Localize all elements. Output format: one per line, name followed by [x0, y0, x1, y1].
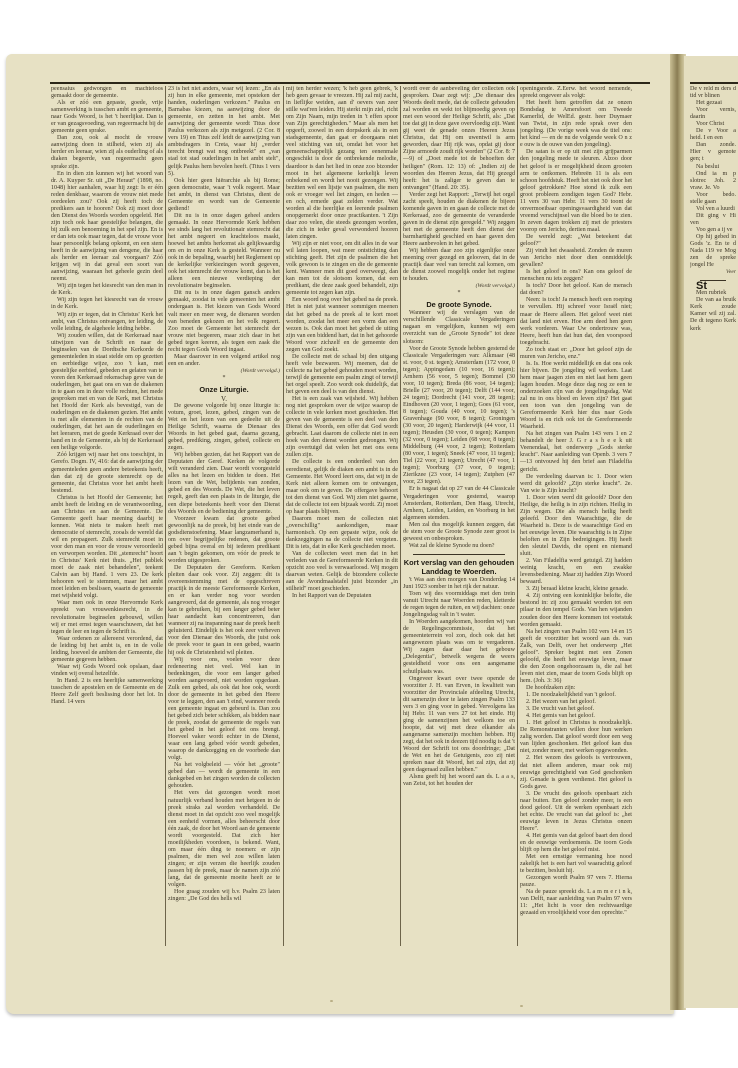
paragraph: De gewone volgorde bij onze liturgie is:… [168, 403, 280, 452]
paragraph: Met een ernstige vermaning hoe nood zake… [520, 854, 632, 875]
paragraph: De collecte met de schaal bij den uitgan… [286, 354, 398, 396]
paragraph: Men zal dus mogelijk kunnen zeggen, dat … [403, 522, 515, 543]
column-5: openingsrede. Z.Eerw. het woord nemende,… [520, 86, 632, 948]
paragraph: Op hij gebed in Gods 'z. En te d Nada 11… [690, 234, 736, 269]
paragraph: Wij zijn tegen het kiesrecht van de vrou… [51, 297, 163, 311]
paragraph: 1. Door wien werd dit geloofd? Door den … [520, 495, 632, 558]
paragraph: Toen wij des voormiddags met den trein v… [403, 591, 515, 619]
paragraph: Dit nu is in onze dagen geheel anders ge… [168, 213, 280, 291]
separator-asterisk: * [403, 290, 515, 297]
paragraph: 23 is het niet anders, waar wij lezen: „… [168, 86, 280, 178]
paragraph: De satan is er op uit met zijn grijparme… [520, 149, 632, 234]
paragraph: Het heeft hem getroffen dat ze onzen Bon… [520, 100, 632, 149]
section-divider [413, 554, 505, 555]
paragraph: Maar daarover in een volgend artikel nog… [168, 354, 280, 368]
paper-speck [520, 1005, 523, 1007]
paragraph: 1. Het geloof in Christus is noodzakelij… [520, 720, 632, 755]
paragraph: Voorzeer kwam dat groote gebed gewoonlij… [168, 516, 280, 565]
continued-note: (Wordt vervolgd.) [168, 368, 280, 375]
paragraph: De van aa bruik Kerk zoude Kamer wil zij… [690, 297, 736, 332]
article-heading: Kort verslag van den gehouden Landdag te… [403, 558, 515, 576]
paragraph: Wij zijn tegen het kiesrecht van den man… [51, 283, 163, 297]
paragraph: Het gezaai [690, 100, 736, 107]
paragraph: De v Voor a heid. I en een [690, 128, 736, 142]
paragraph: Alsnu geeft hij het woord aan ds. L a a … [403, 774, 515, 788]
paragraph: Wij voor ons, voelen voor deze redeneeri… [168, 657, 280, 763]
paragraph: De verdeeling daarvan is: 1. Door wien w… [520, 474, 632, 495]
paper-speck [330, 1000, 333, 1002]
column-3: mij ten herder wezen; 'k heb geen gebrek… [286, 86, 398, 948]
column-1: peensaius gedwongen en machteloos gemaak… [51, 86, 163, 948]
paragraph: Voor Christ [690, 121, 736, 128]
paragraph: Voor vernis, daarin [690, 107, 736, 121]
paragraph: Hoe graag zouden wij b.v. Psalm 23 laten… [168, 889, 280, 903]
paragraph: Is het geloof in ons? Kan ons geloof de … [520, 269, 632, 283]
paragraph: 3. De vrucht des geloofs openbaart zich … [520, 791, 632, 833]
paragraph: Voor bedo. stelle gaan [690, 192, 736, 206]
section-number: V. [168, 395, 280, 403]
paragraph: De hoofdzaken zijn: [520, 685, 632, 692]
article-heading: St [690, 283, 736, 290]
paragraph: wordt over de aanbeveling der collecten … [403, 86, 515, 192]
article-heading: De groote Synode. [403, 300, 515, 309]
paragraph: Dit nu is in onze dagen gansch anders ge… [168, 290, 280, 353]
paragraph: Na het volgbeleid — vóór het „groote" ge… [168, 762, 280, 790]
paragraph: 4. Het gemis van dat geloof baart den do… [520, 833, 632, 854]
paragraph: Dan zou, ook al mocht de vrouw aanwijzin… [51, 135, 163, 170]
paragraph: Een woord nog over het gebed na de preek… [286, 297, 398, 353]
paragraph: Voor de Groote Synode hebben gestemd de … [403, 346, 515, 487]
paragraph: peensaius gedwongen en machteloos gemaak… [51, 86, 163, 100]
paragraph: Van de collecten weet men dat in het ver… [286, 551, 398, 593]
paragraph: Het vers dat gezongen wordt moet natuurl… [168, 790, 280, 889]
paragraph: Neen: is toch! Ja mensch heeft een roepi… [520, 297, 632, 346]
paragraph: De wereld zegt: „Wat beteekent dat geloo… [520, 234, 632, 248]
column-divider [400, 86, 401, 946]
paragraph: mij ten herder wezen; 'k heb geen gebrek… [286, 86, 398, 241]
paragraph: Zij vindt het dwaasheid. Zonden de muren… [520, 248, 632, 269]
paragraph: 2. Van Filadelfia werd getuigd. Zij hadd… [520, 558, 632, 586]
paragraph: 't Was aan den morgen van Donderdag 14 J… [403, 577, 515, 591]
paragraph: 4. Zij ontving een koninklijke belofte, … [520, 593, 632, 628]
paragraph: Men rubriek [690, 290, 736, 297]
paragraph: In Hand. 2 is een heerlijke samenwerking… [51, 678, 163, 706]
paragraph: Na het zingen van Psalm 143 vers 1 en 2 … [520, 431, 632, 473]
paragraph: Christus is het Hoofd der Gemeente; het … [51, 495, 163, 601]
article-heading: Onze Liturgie. [168, 385, 280, 394]
adjacent-header-rule [690, 82, 738, 84]
column-divider [165, 86, 166, 946]
paragraph: Daarom moet men de collecten niet „overs… [286, 516, 398, 551]
paragraph: Het is een zaak van wijsheid. Wij hebben… [286, 396, 398, 459]
paragraph: In het Rapport van de Deputaten [286, 593, 398, 600]
adjacent-page-column: De v reld m ders d tid vr blinenHet geza… [690, 86, 736, 948]
paragraph: openingsrede. Z.Eerw. het woord nemende,… [520, 86, 632, 100]
paragraph: Wat zal de kleine Synode nu doen? [403, 543, 515, 550]
paragraph: Wij hebben gezien, dat het Rapport van d… [168, 452, 280, 515]
paragraph: Wanneer wij de verslagen van de verschil… [403, 310, 515, 345]
paragraph: Als er zóó een gepaste, goede, vrije sam… [51, 100, 163, 135]
paragraph: Is toch? Door het geloof. Kan de mensch … [520, 283, 632, 297]
header-rule [50, 82, 650, 84]
paragraph: Verder zegt het Rapport: „Terwijl het or… [403, 192, 515, 248]
paragraph: De Deputaten der Gereform. Kerken pleite… [168, 565, 280, 657]
column-4: wordt over de aanbeveling der collecten … [403, 86, 515, 948]
paragraph: Voo gen a ij ve [690, 227, 736, 234]
paragraph: Er is nagaat dat op 27 van de 44 Classic… [403, 486, 515, 521]
paragraph: Wij hebben daar zoo zijn eigenlijke onze… [403, 248, 515, 283]
paragraph: Is. Is. Hoe werkt middellijk en dat ons … [520, 361, 632, 431]
paragraph: Na het zingen van Psalm 102 vers 14 en 1… [520, 629, 632, 685]
paragraph: Waar ordenen ze allereerst verordend, da… [51, 636, 163, 664]
paragraph: De v reld m ders d tid vr blinen [690, 86, 736, 100]
column-2: 23 is het niet anders, waar wij lezen: „… [168, 86, 280, 948]
paragraph: Ongeveer kwart over twee opende de voorz… [403, 676, 515, 775]
paragraph: Wij zouden willen, dat de Kerkeraad naar… [51, 333, 163, 453]
paragraph: Ond ia m p slotrec Joh. 2 vraw. Je. Vo [690, 171, 736, 192]
paragraph: Waar wij Gods Woord ook opslaan, daar vi… [51, 664, 163, 678]
paragraph: In Woerden aangekomen, hoorden wij van d… [403, 619, 515, 675]
paragraph: 2. Het wezen des geloofs is vertrouwen, … [520, 755, 632, 790]
paragraph: Zo toch staat er: „Door het geloof zijn … [520, 347, 632, 361]
paragraph: Waar men ook in onze Hervormde Kerk spre… [51, 600, 163, 635]
paragraph: Zóó krijgen wij naar het ons toeschijnt,… [51, 452, 163, 494]
paragraph: En in dien zin kunnen wij het woord van … [51, 171, 163, 284]
paragraph: De collecte is een onderdeel van den eer… [286, 459, 398, 515]
paragraph: Ook hier geen hiërarchie als bij Rome; g… [168, 178, 280, 213]
separator-asterisk: * [168, 375, 280, 382]
continued-note: Veer [690, 269, 736, 276]
paragraph: Dit ging v Hi ven [690, 213, 736, 227]
paragraph: Wij zijn er niet voor, om dit alles in d… [286, 241, 398, 297]
continued-note: (Wordt vervolgd.) [403, 283, 515, 290]
paragraph: Wij zijn er tegen, dat in Christus' Kerk… [51, 312, 163, 333]
paragraph: Gezongen wordt Psalm 97 vers 7. Hierna p… [520, 875, 632, 889]
paragraph: Na de pauze spreekt ds. L a m m e r i n … [520, 889, 632, 917]
paragraph: Na beslui [690, 164, 736, 171]
paragraph: Dan zonde. Hier v gemote gen; t [690, 142, 736, 163]
paragraph: Vol ven a luurdi [690, 206, 736, 213]
column-divider [517, 86, 518, 946]
column-divider [283, 86, 284, 946]
